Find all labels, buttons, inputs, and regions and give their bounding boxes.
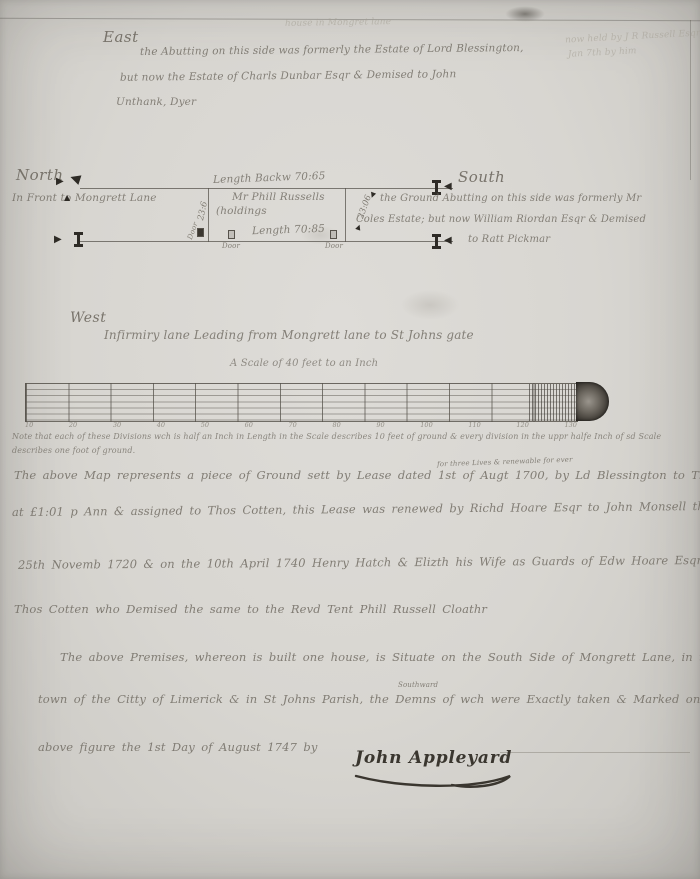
deed-line-4: Thos Cotten who Demised the same to the … <box>14 602 487 616</box>
plot-top-boundary-line <box>80 188 453 189</box>
length-front-label: Length 70:85 <box>252 223 325 238</box>
door-mark <box>228 230 235 239</box>
pencil-note-top-right-2: Jan 7th by him <box>568 46 637 60</box>
door-mark <box>197 228 204 237</box>
holder-name-line-1: Mr Phill Russells <box>232 191 325 203</box>
door-label: Door <box>325 242 343 250</box>
west-heading: West <box>70 310 106 326</box>
premises-line-2: town of the Citty of Limerick & in St Jo… <box>38 692 700 706</box>
paper-edge-line <box>690 20 691 180</box>
south-line-3: to Ratt Pickmar <box>468 234 550 245</box>
scale-bar-rolled-end-cap <box>576 382 609 421</box>
length-backward-label: Length Backw 70:65 <box>213 170 326 186</box>
deed-line-1: The above Map represents a piece of Grou… <box>14 468 700 482</box>
scale-tick-number: 30 <box>113 421 121 429</box>
survey-triangle-mark: ◀ <box>69 173 82 186</box>
south-line-1: the Ground Abutting on this side was for… <box>380 193 641 204</box>
scale-tick-number: 70 <box>289 421 297 429</box>
scale-tick-numbers: 102030405060708090100110120130 <box>25 421 577 429</box>
paper-stain <box>400 290 460 320</box>
east-line-2: but now the Estate of Charls Dunbar Esqr… <box>120 68 456 84</box>
scale-tick-number: 80 <box>332 421 340 429</box>
survey-ibeam-mark <box>432 234 441 249</box>
scale-tick-number: 60 <box>245 421 253 429</box>
premises-line-1: The above Premises, whereon is built one… <box>60 650 700 664</box>
survey-triangle-mark: ◀ <box>444 236 452 246</box>
scale-tick-number: 130 <box>564 421 576 429</box>
signature-flourish <box>352 770 532 792</box>
survey-triangle-mark: ▲ <box>64 193 70 203</box>
scale-tick-number: 120 <box>516 421 528 429</box>
plot-right-edge-line <box>345 188 346 242</box>
survey-ibeam-mark <box>74 232 83 247</box>
faint-rule-line <box>500 752 690 753</box>
scanned-survey-document: house in Mongret lane now held by J R Ru… <box>0 0 700 879</box>
west-caption: Infirmiry lane Leading from Mongrett lan… <box>104 328 474 342</box>
door-mark <box>330 230 337 239</box>
scale-tick-number: 20 <box>69 421 77 429</box>
scale-tick-number: 40 <box>157 421 165 429</box>
scale-tick-number: 50 <box>201 421 209 429</box>
survey-triangle-mark: ◀ <box>444 182 452 192</box>
pencil-note-top-right-1: now held by J R Russell Esqr <box>565 28 700 45</box>
east-line-3: Unthank, Dyer <box>116 96 196 108</box>
deed-interline-note: for three Lives & renewable for ever <box>437 456 573 469</box>
scale-tick-number: 110 <box>468 421 480 429</box>
scale-note-line-2: describes one foot of ground. <box>12 446 135 455</box>
holder-name-line-2: (holdings <box>216 205 267 217</box>
scale-tick-number: 90 <box>376 421 384 429</box>
north-caption: In Front to Mongrett Lane <box>12 192 157 204</box>
scale-tick-number: 10 <box>25 421 33 429</box>
door-label: Door <box>222 242 240 250</box>
scale-bar-fine-hatch <box>529 384 577 421</box>
premises-line-3: above figure the 1st Day of August 1747 … <box>38 740 318 754</box>
deed-line-2: at £1:01 p Ann & assigned to Thos Cotten… <box>12 499 700 519</box>
signature-name: John Appleyard <box>355 748 512 768</box>
scale-note-line-1: Note that each of these Divisions wch is… <box>12 432 661 441</box>
pencil-note-top-center: house in Mongret lane <box>285 17 391 29</box>
south-line-2: Coles Estate; but now William Riordan Es… <box>356 214 646 225</box>
scale-caption: A Scale of 40 feet to an Inch <box>230 358 378 369</box>
premises-interline-note: Southward <box>398 681 438 689</box>
survey-triangle-mark: ▶ <box>54 235 62 245</box>
deed-line-3: 25th Novemb 1720 & on the 10th April 174… <box>18 552 700 572</box>
east-line-1: the Abutting on this side was formerly t… <box>140 42 524 58</box>
south-heading: South <box>458 168 505 186</box>
survey-triangle-mark: ▶ <box>56 177 64 187</box>
plot-bottom-boundary-line <box>80 241 453 242</box>
scale-tick-number: 100 <box>420 421 432 429</box>
east-heading: East <box>103 28 139 46</box>
scale-bar <box>25 383 578 422</box>
